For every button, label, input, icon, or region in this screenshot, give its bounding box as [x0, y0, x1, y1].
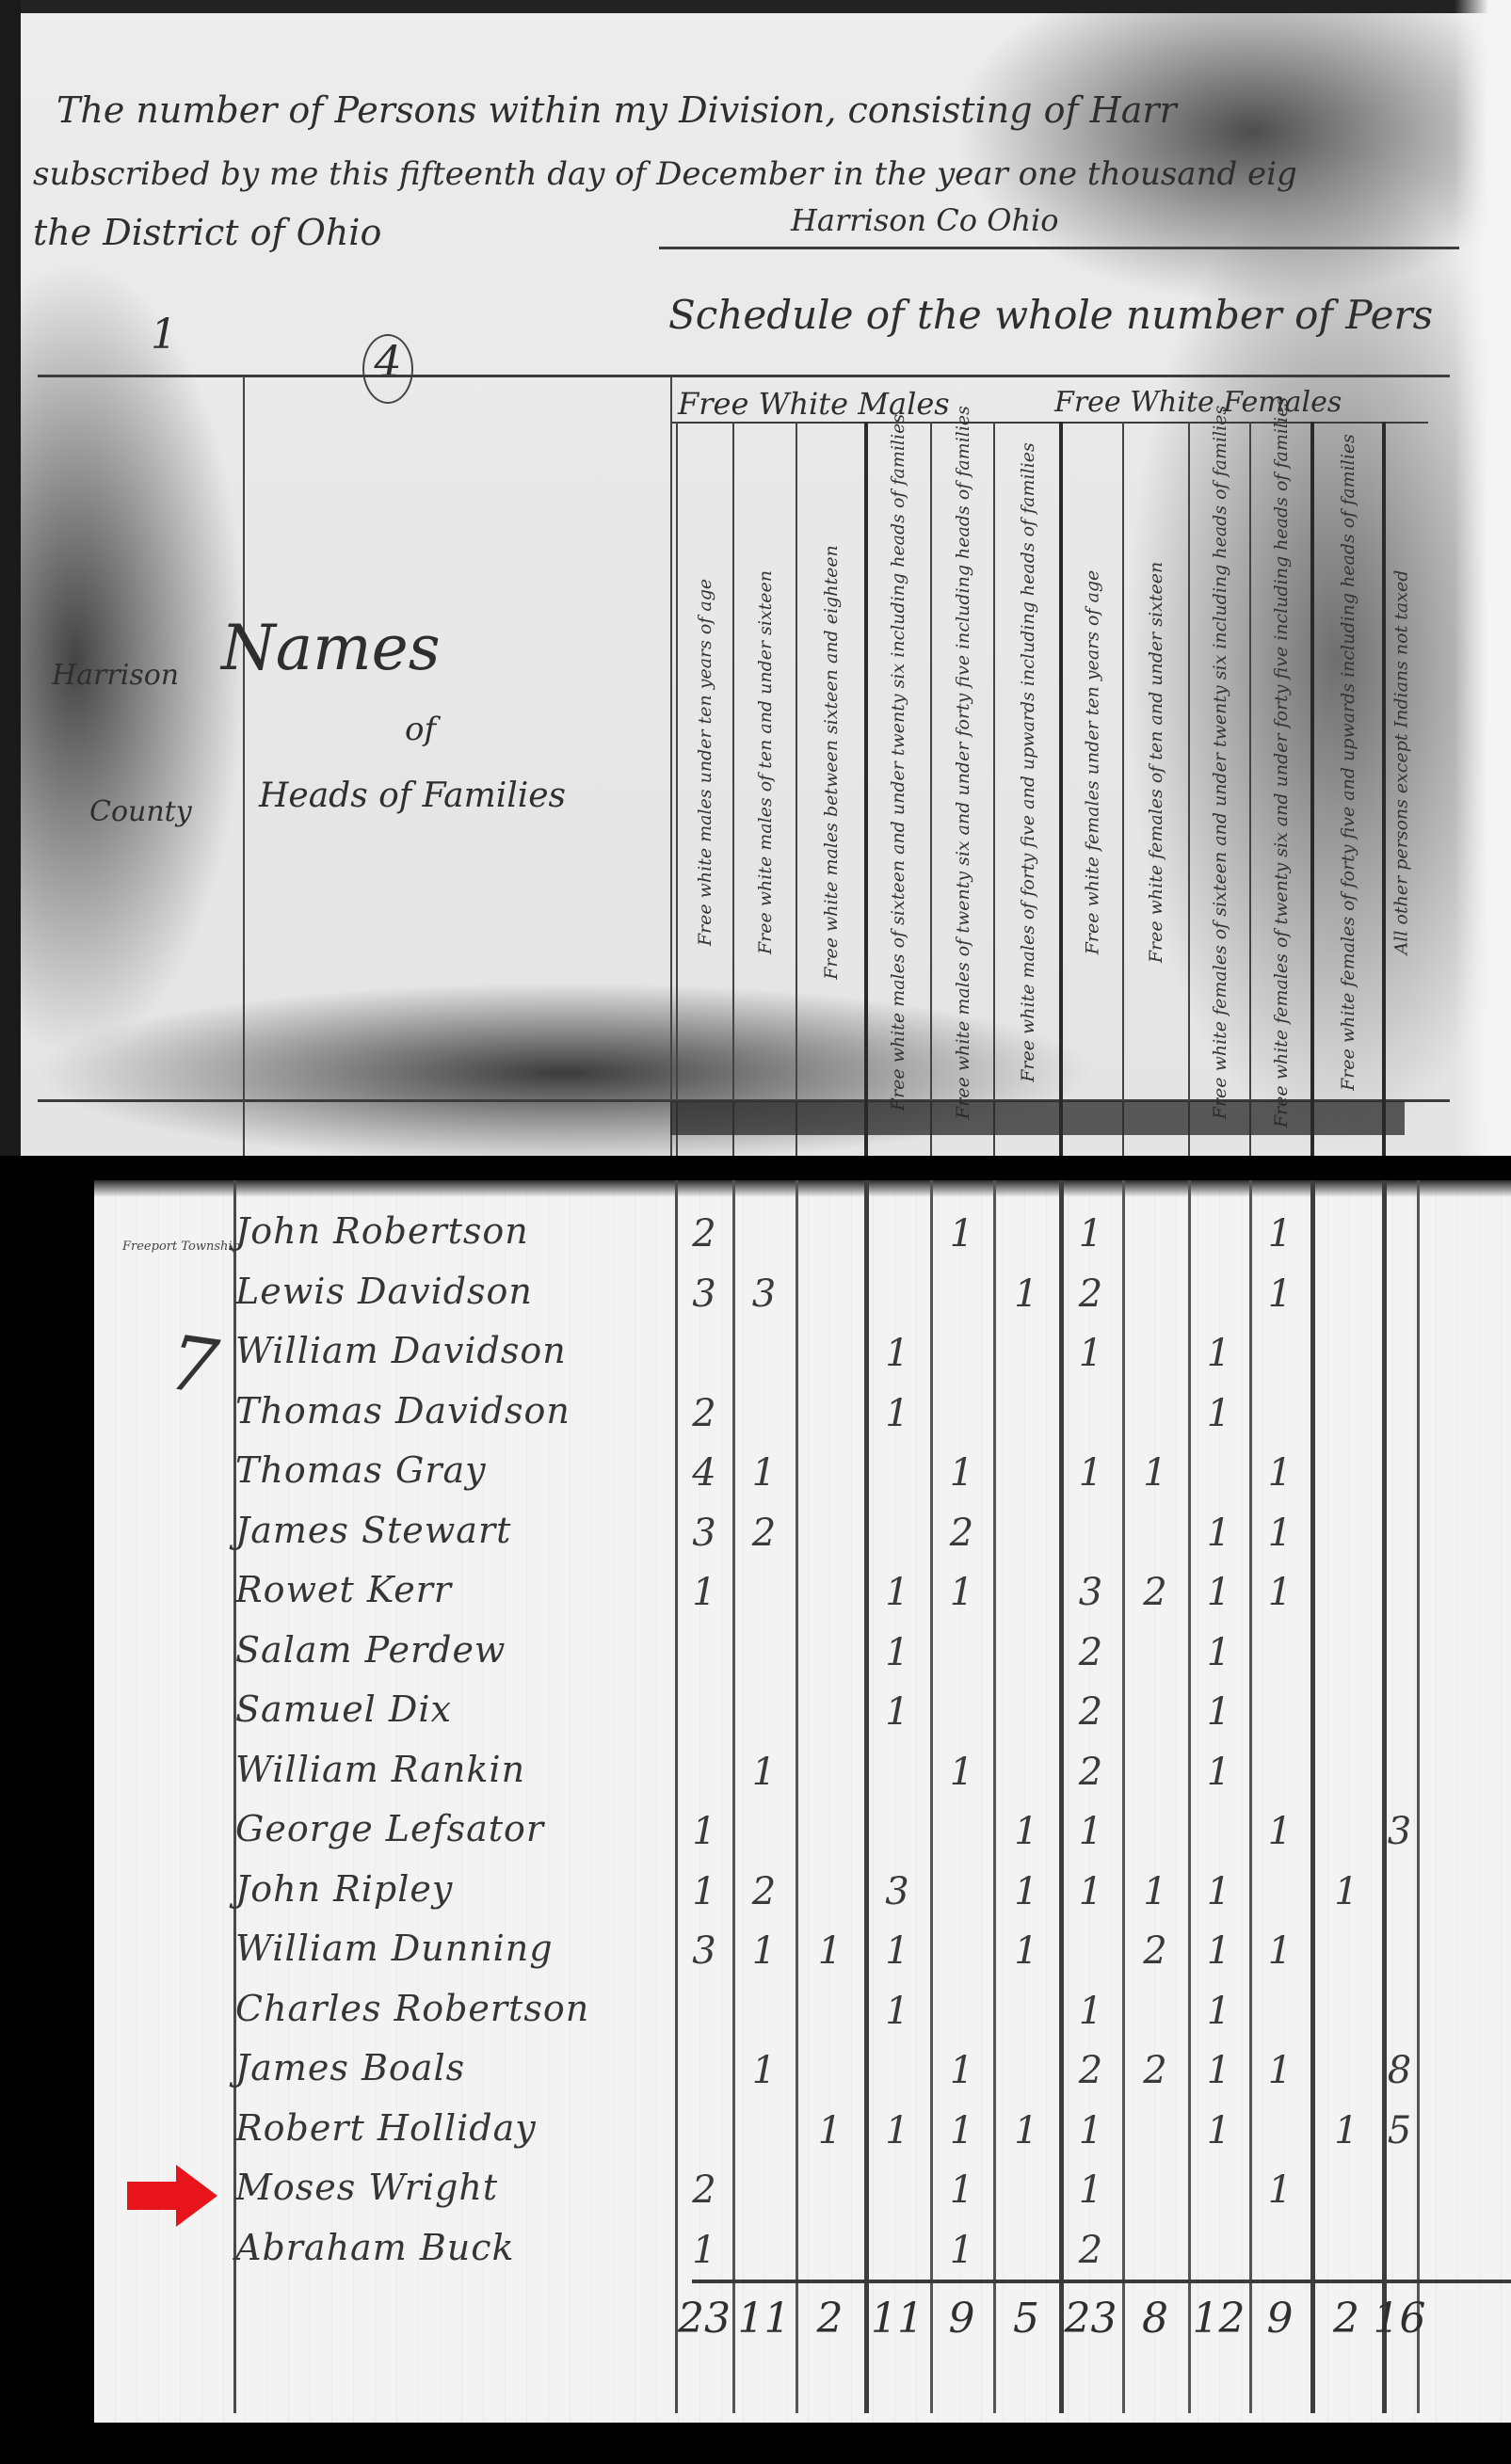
- names-heading: Heads of Families: [259, 776, 566, 815]
- tally-cell: 23: [676, 2295, 732, 2343]
- tally-cell: 3: [676, 1512, 732, 1555]
- tally-cell: 2: [1063, 1272, 1119, 1316]
- tally-cell: 1: [1063, 1990, 1119, 2033]
- census-data-sheet: Freeport Township 7 John Robertson2111Le…: [0, 1156, 1511, 2464]
- tally-cell: 1: [1252, 1512, 1309, 1555]
- data-page: Freeport Township 7 John Robertson2111Le…: [94, 1180, 1511, 2423]
- tally-cell: 3: [1372, 1810, 1428, 1853]
- tally-cell: 1: [1063, 1810, 1119, 1853]
- column-header: Free white males of sixteen and under tw…: [867, 442, 930, 1082]
- head-of-family-name: George Lefsator: [235, 1808, 544, 1849]
- column-header-label: Free white females of twenty six and und…: [1271, 397, 1292, 1128]
- tally-cell: 2: [1063, 1690, 1119, 1734]
- tally-cell: 11: [736, 2295, 793, 2343]
- tally-cell: 1: [1252, 1929, 1309, 1973]
- tally-cell: 1: [1191, 1392, 1247, 1435]
- tally-cell: 1: [1063, 1332, 1119, 1375]
- tally-cell: 12: [1191, 2295, 1247, 2343]
- column-header: Free white males of ten and under sixtee…: [735, 442, 796, 1082]
- tally-cell: 1: [1252, 2168, 1309, 2212]
- tally-cell: 1: [1252, 1571, 1309, 1614]
- tally-cell: 1: [676, 2229, 732, 2272]
- tally-cell: 1: [1191, 2109, 1247, 2152]
- head-of-family-name: Charles Robertson: [235, 1988, 589, 2029]
- column-header: Free white males between sixteen and eig…: [798, 442, 864, 1082]
- tally-cell: 1: [1063, 1212, 1119, 1256]
- tally-cell: 2: [736, 1870, 793, 1913]
- tally-cell: 1: [869, 1571, 925, 1614]
- tally-cell: 1: [934, 2109, 990, 2152]
- tally-cell: 2: [676, 1392, 732, 1435]
- table-row: Rowet Kerr1113211: [94, 1565, 1511, 1624]
- table-row: James Boals1122118: [94, 2043, 1511, 2102]
- table-row: Salam Perdew121: [94, 1625, 1511, 1684]
- column-header-label: Free white males of ten and under sixtee…: [755, 570, 776, 954]
- column-header-label: Free white males between sixteen and eig…: [821, 545, 842, 980]
- tally-cell: 1: [869, 2109, 925, 2152]
- tally-cell: 2: [1063, 2049, 1119, 2092]
- table-row: Charles Robertson111: [94, 1984, 1511, 2042]
- circled-page-number: 4: [362, 334, 413, 404]
- column-header: Free white females of sixteen and under …: [1191, 442, 1249, 1082]
- table-row: John Robertson2111: [94, 1207, 1511, 1265]
- tally-cell: 2: [1063, 1751, 1119, 1794]
- column-header: Free white females of twenty six and und…: [1252, 442, 1310, 1082]
- tally-cell: 2: [1127, 1571, 1183, 1614]
- head-of-family-name: William Dunning: [235, 1928, 554, 1969]
- column-divider: [243, 376, 245, 1158]
- tally-cell: 1: [1191, 1870, 1247, 1913]
- tally-cell: 2: [1063, 2229, 1119, 2272]
- header-line-3: the District of Ohio: [33, 212, 381, 253]
- tally-cell: 2: [1127, 1929, 1183, 1973]
- tally-cell: 1: [1318, 1870, 1374, 1913]
- tally-cell: 3: [1063, 1571, 1119, 1614]
- tally-cell: 23: [1063, 2295, 1119, 2343]
- column-divider: [796, 422, 797, 1156]
- page-edge: [1455, 0, 1511, 1156]
- column-header: Free white males of forty five and upwar…: [996, 442, 1059, 1082]
- tally-cell: 1: [1063, 2109, 1119, 2152]
- tally-cell: 1: [934, 1571, 990, 1614]
- tally-cell: 1: [802, 2109, 859, 2152]
- tally-cell: 1: [802, 1929, 859, 1973]
- tally-cell: 1: [934, 1212, 990, 1256]
- column-header-label: Free white females of forty five and upw…: [1338, 434, 1358, 1091]
- tally-cell: 1: [1191, 1332, 1247, 1375]
- tally-cell: 1: [869, 1690, 925, 1734]
- table-row: William Rankin1121: [94, 1745, 1511, 1803]
- tally-cell: 1: [1252, 1451, 1309, 1495]
- tally-cell: 1: [1191, 1631, 1247, 1674]
- page-shadow: [94, 1180, 1511, 1197]
- page-mark: 1: [151, 311, 177, 359]
- tally-cell: 2: [676, 1212, 732, 1256]
- tally-cell: 1: [998, 1810, 1054, 1853]
- head-of-family-name: Samuel Dix: [235, 1688, 452, 1730]
- table-row: Samuel Dix121: [94, 1685, 1511, 1743]
- tally-cell: 1: [1191, 1990, 1247, 2033]
- tally-cell: 1: [934, 1751, 990, 1794]
- totals-row: 231121195238129216: [94, 2289, 1511, 2347]
- header-rule: [659, 247, 1459, 249]
- column-divider: [993, 422, 995, 1156]
- column-header-label: Free white males of sixteen and under tw…: [889, 414, 909, 1111]
- tally-cell: 1: [1127, 1870, 1183, 1913]
- group-header-males: Free White Males: [678, 386, 950, 422]
- table-row: James Stewart32211: [94, 1506, 1511, 1564]
- tally-cell: 1: [676, 1810, 732, 1853]
- group-header-females: Free White Females: [1054, 386, 1342, 419]
- tally-cell: 1: [1191, 1751, 1247, 1794]
- column-header: Free white females under ten years of ag…: [1062, 442, 1122, 1082]
- county-label: Harrison: [52, 659, 179, 692]
- tally-cell: 4: [676, 1451, 732, 1495]
- column-divider: [670, 376, 672, 1158]
- tally-cell: 3: [736, 1272, 793, 1316]
- totals-rule: [692, 2280, 1511, 2283]
- head-of-family-name: William Rankin: [235, 1749, 525, 1790]
- column-divider: [1249, 422, 1251, 1156]
- table-row: Lewis Davidson33121: [94, 1267, 1511, 1325]
- tally-cell: 1: [998, 2109, 1054, 2152]
- schedule-title: Schedule of the whole number of Pers: [668, 292, 1433, 338]
- column-header-label: Free white females under ten years of ag…: [1082, 570, 1102, 955]
- tally-cell: 1: [1191, 1512, 1247, 1555]
- tally-cell: 2: [736, 1512, 793, 1555]
- tally-cell: 1: [1191, 1929, 1247, 1973]
- tally-cell: 5: [998, 2295, 1054, 2343]
- tally-cell: 1: [869, 1332, 925, 1375]
- county-annotation: Harrison Co Ohio: [791, 202, 1059, 238]
- tally-cell: 2: [1127, 2049, 1183, 2092]
- header-line-1: The number of Persons within my Division…: [56, 89, 1177, 131]
- column-divider: [676, 422, 678, 1156]
- table-top-rule: [38, 375, 1450, 377]
- tally-cell: 1: [869, 1990, 925, 2033]
- tally-cell: 9: [934, 2295, 990, 2343]
- column-divider: [1188, 422, 1190, 1156]
- column-number-strip: [670, 1101, 1405, 1135]
- tally-cell: 1: [1252, 2049, 1309, 2092]
- column-header-label: Free white males of twenty six and under…: [953, 406, 973, 1119]
- tally-cell: 1: [1063, 1870, 1119, 1913]
- tally-cell: 8: [1127, 2295, 1183, 2343]
- tally-cell: 1: [736, 2049, 793, 2092]
- column-header-label: All other persons except Indians not tax…: [1390, 570, 1411, 955]
- table-row: John Ripley12311111: [94, 1864, 1511, 1923]
- head-of-family-name: Lewis Davidson: [235, 1271, 533, 1312]
- tally-cell: 1: [1318, 2109, 1374, 2152]
- column-divider: [930, 422, 932, 1156]
- tally-cell: 1: [736, 1451, 793, 1495]
- column-header: Free white females of forty five and upw…: [1313, 442, 1382, 1082]
- tally-cell: 1: [1063, 1451, 1119, 1495]
- tally-cell: 1: [934, 1451, 990, 1495]
- tally-cell: 1: [998, 1870, 1054, 1913]
- tally-cell: 11: [869, 2295, 925, 2343]
- column-divider: [1122, 422, 1124, 1156]
- names-heading: of: [405, 711, 436, 748]
- group-header-rule: [670, 422, 1428, 424]
- tally-cell: 1: [736, 1751, 793, 1794]
- header-line-2: subscribed by me this fifteenth day of D…: [33, 155, 1297, 193]
- column-header-label: Free white males of forty five and upwar…: [1018, 442, 1038, 1082]
- tally-cell: 2: [1063, 1631, 1119, 1674]
- head-of-family-name: Thomas Davidson: [235, 1390, 571, 1432]
- tally-cell: 1: [934, 2049, 990, 2092]
- tally-cell: 3: [869, 1870, 925, 1913]
- head-of-family-name: Thomas Gray: [235, 1449, 487, 1491]
- tally-cell: 9: [1252, 2295, 1309, 2343]
- column-header: Free white females of ten and under sixt…: [1125, 442, 1188, 1082]
- tally-cell: 2: [802, 2295, 859, 2343]
- table-row: Robert Holliday11111115: [94, 2104, 1511, 2162]
- tally-cell: 1: [676, 1571, 732, 1614]
- tally-cell: 1: [1252, 1272, 1309, 1316]
- column-header-label: Free white females of sixteen and under …: [1210, 406, 1230, 1119]
- tally-cell: 1: [869, 1929, 925, 1973]
- county-label: County: [89, 795, 192, 828]
- census-header-sheet: The number of Persons within my Division…: [0, 0, 1511, 1156]
- tally-cell: 1: [1063, 2168, 1119, 2212]
- table-row: Abraham Buck112: [94, 2223, 1511, 2281]
- head-of-family-name: William Davidson: [235, 1330, 567, 1371]
- table-row: William Davidson111: [94, 1326, 1511, 1384]
- page-edge: [0, 0, 1511, 13]
- head-of-family-name: James Boals: [235, 2047, 465, 2088]
- tally-cell: 1: [676, 1870, 732, 1913]
- tally-cell: 5: [1372, 2109, 1428, 2152]
- column-divider: [732, 422, 734, 1156]
- table-row: George Lefsator11113: [94, 1804, 1511, 1863]
- head-of-family-name: John Robertson: [235, 1210, 529, 1252]
- tally-cell: 1: [998, 1272, 1054, 1316]
- head-of-family-name: Abraham Buck: [235, 2227, 515, 2268]
- column-header-label: Free white females of ten and under sixt…: [1147, 562, 1167, 963]
- tally-cell: 1: [869, 1392, 925, 1435]
- tally-cell: 2: [1318, 2295, 1374, 2343]
- tally-cell: 3: [676, 1272, 732, 1316]
- column-header-label: Free white males under ten years of age: [696, 579, 716, 946]
- right-arrow-icon: [127, 2165, 217, 2227]
- page-edge: [0, 0, 21, 1156]
- names-heading: Names: [221, 612, 441, 684]
- tally-cell: 1: [934, 2229, 990, 2272]
- tally-cell: 3: [676, 1929, 732, 1973]
- tally-cell: 2: [676, 2168, 732, 2212]
- tally-cell: 1: [1191, 2049, 1247, 2092]
- head-of-family-name: James Stewart: [235, 1510, 511, 1551]
- tally-cell: 1: [736, 1929, 793, 1973]
- column-header: Free white males under ten years of age: [679, 442, 732, 1082]
- table-row: Moses Wright2111: [94, 2163, 1511, 2221]
- tally-cell: 1: [998, 1929, 1054, 1973]
- head-of-family-name: Robert Holliday: [235, 2107, 537, 2149]
- tally-cell: 1: [1252, 1810, 1309, 1853]
- tally-cell: 8: [1372, 2049, 1428, 2092]
- head-of-family-name: John Ripley: [235, 1868, 453, 1910]
- tally-cell: 2: [934, 1512, 990, 1555]
- column-header: Free white males of twenty six and under…: [933, 442, 993, 1082]
- column-header: All other persons except Indians not tax…: [1385, 442, 1417, 1082]
- tally-cell: 1: [934, 2168, 990, 2212]
- table-row: William Dunning31111211: [94, 1924, 1511, 1982]
- tally-cell: 1: [1191, 1571, 1247, 1614]
- head-of-family-name: Salam Perdew: [235, 1629, 506, 1671]
- tally-cell: 1: [1252, 1212, 1309, 1256]
- tally-cell: 16: [1372, 2295, 1428, 2343]
- tally-cell: 1: [869, 1631, 925, 1674]
- table-row: Thomas Gray411111: [94, 1446, 1511, 1504]
- head-of-family-name: Rowet Kerr: [235, 1569, 452, 1610]
- tally-cell: 1: [1127, 1451, 1183, 1495]
- head-of-family-name: Moses Wright: [235, 2167, 498, 2208]
- tally-cell: 1: [1191, 1690, 1247, 1734]
- table-row: Thomas Davidson211: [94, 1386, 1511, 1445]
